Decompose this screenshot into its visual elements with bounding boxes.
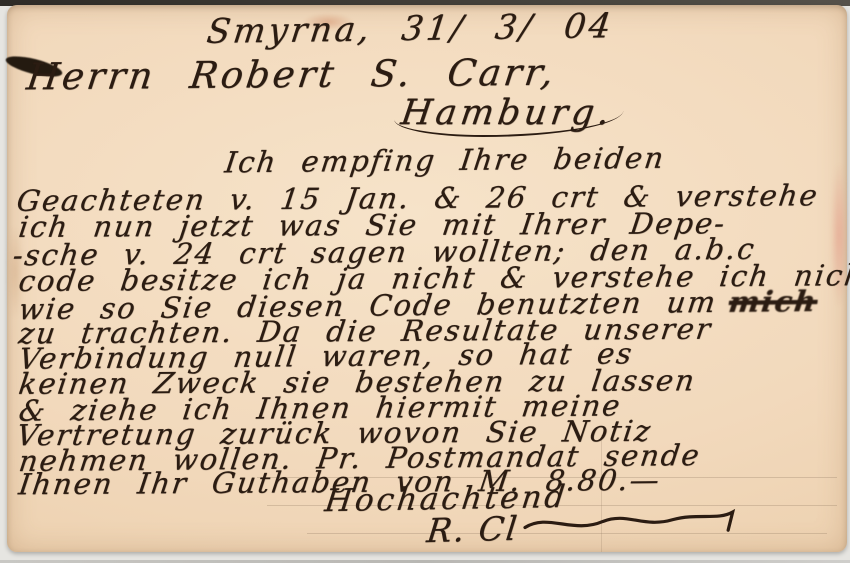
city-line: Hamburg. — [395, 93, 623, 137]
body-line-text: Ich empfing Ihre beiden — [223, 141, 667, 180]
signature-line: R. Cl — [427, 503, 739, 550]
signature-flourish — [522, 504, 738, 540]
signature-text: R. Cl — [425, 509, 521, 551]
postcard: Smyrna, 31/ 3/ 04 Herrn Robert S. Carr, … — [7, 5, 847, 552]
dateline: Smyrna, 31/ 3/ 04 — [207, 6, 614, 52]
struck-word: mich — [727, 284, 820, 319]
body-line: Ich empfing Ihre beiden — [225, 141, 665, 180]
city-text: Hamburg. — [392, 93, 626, 137]
scanned-postcard-page: { "page": { "background_color": "#e6e5e1… — [0, 0, 850, 563]
dateline-text: Smyrna, 31/ 3/ 04 — [204, 6, 615, 52]
recipient-text: Herrn Robert S. Carr, — [24, 51, 559, 99]
recipient-line: Herrn Robert S. Carr, — [27, 51, 557, 99]
